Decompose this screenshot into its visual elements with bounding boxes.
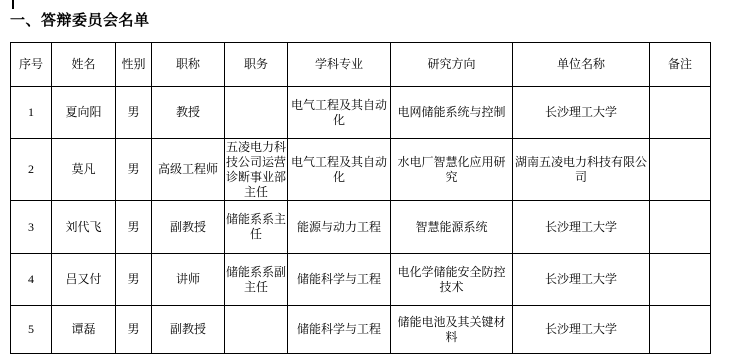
cell-title: 高级工程师 — [152, 139, 225, 201]
table-row: 3刘代飞男副教授储能系系主任能源与动力工程智慧能源系统长沙理工大学 — [11, 201, 711, 254]
table-row: 4吕又付男讲师储能系系副主任储能科学与工程电化学储能安全防控技术长沙理工大学 — [11, 254, 711, 306]
cell-major: 电气工程及其自动化 — [288, 87, 391, 139]
cell-gender: 男 — [116, 254, 152, 306]
cell-major: 储能科学与工程 — [288, 306, 391, 354]
cell-research: 水电厂智慧化应用研究 — [391, 139, 513, 201]
cell-remarks — [650, 254, 711, 306]
cell-position: 五凌电力科技公司运营诊断事业部主任 — [225, 139, 288, 201]
column-header-gender: 性别 — [116, 43, 152, 87]
table-row: 1夏向阳男教授电气工程及其自动化电网储能系统与控制长沙理工大学 — [11, 87, 711, 139]
header-row: 序号 姓名 性别 职称 职务 学科专业 研究方向 单位名称 备注 — [11, 43, 711, 87]
column-header-major: 学科专业 — [288, 43, 391, 87]
cell-position — [225, 87, 288, 139]
cell-name: 刘代飞 — [52, 201, 116, 254]
column-header-position: 职务 — [225, 43, 288, 87]
cell-name: 夏向阳 — [52, 87, 116, 139]
cell-index: 5 — [11, 306, 52, 354]
cell-index: 4 — [11, 254, 52, 306]
column-header-title: 职称 — [152, 43, 225, 87]
cell-organization: 长沙理工大学 — [513, 254, 650, 306]
committee-table: 序号 姓名 性别 职称 职务 学科专业 研究方向 单位名称 备注 1夏向阳男教授… — [10, 42, 711, 354]
cell-organization: 长沙理工大学 — [513, 201, 650, 254]
section-title: 一、答辩委员会名单 — [10, 9, 150, 30]
cell-name: 莫凡 — [52, 139, 116, 201]
cell-research: 智慧能源系统 — [391, 201, 513, 254]
cell-position — [225, 306, 288, 354]
table-row: 5谭磊男副教授储能科学与工程储能电池及其关键材料长沙理工大学 — [11, 306, 711, 354]
column-header-organization: 单位名称 — [513, 43, 650, 87]
cell-name: 谭磊 — [52, 306, 116, 354]
cell-research: 储能电池及其关键材料 — [391, 306, 513, 354]
cell-position: 储能系系副主任 — [225, 254, 288, 306]
cell-index: 2 — [11, 139, 52, 201]
cell-index: 1 — [11, 87, 52, 139]
cell-gender: 男 — [116, 87, 152, 139]
cell-gender: 男 — [116, 306, 152, 354]
cell-name: 吕又付 — [52, 254, 116, 306]
cell-gender: 男 — [116, 139, 152, 201]
cell-position: 储能系系主任 — [225, 201, 288, 254]
cell-major: 电气工程及其自动化 — [288, 139, 391, 201]
column-header-name: 姓名 — [52, 43, 116, 87]
column-header-research: 研究方向 — [391, 43, 513, 87]
cell-major: 能源与动力工程 — [288, 201, 391, 254]
column-header-remarks: 备注 — [650, 43, 711, 87]
column-header-index: 序号 — [11, 43, 52, 87]
cell-remarks — [650, 87, 711, 139]
cell-title: 副教授 — [152, 201, 225, 254]
text-cursor — [12, 0, 14, 9]
cell-research: 电化学储能安全防控技术 — [391, 254, 513, 306]
cell-remarks — [650, 201, 711, 254]
cell-organization: 湖南五凌电力科技有限公司 — [513, 139, 650, 201]
cell-organization: 长沙理工大学 — [513, 306, 650, 354]
cell-title: 讲师 — [152, 254, 225, 306]
cell-title: 副教授 — [152, 306, 225, 354]
cell-index: 3 — [11, 201, 52, 254]
cell-research: 电网储能系统与控制 — [391, 87, 513, 139]
cell-remarks — [650, 139, 711, 201]
cell-organization: 长沙理工大学 — [513, 87, 650, 139]
cell-gender: 男 — [116, 201, 152, 254]
cell-title: 教授 — [152, 87, 225, 139]
cell-major: 储能科学与工程 — [288, 254, 391, 306]
table-row: 2莫凡男高级工程师五凌电力科技公司运营诊断事业部主任电气工程及其自动化水电厂智慧… — [11, 139, 711, 201]
cell-remarks — [650, 306, 711, 354]
